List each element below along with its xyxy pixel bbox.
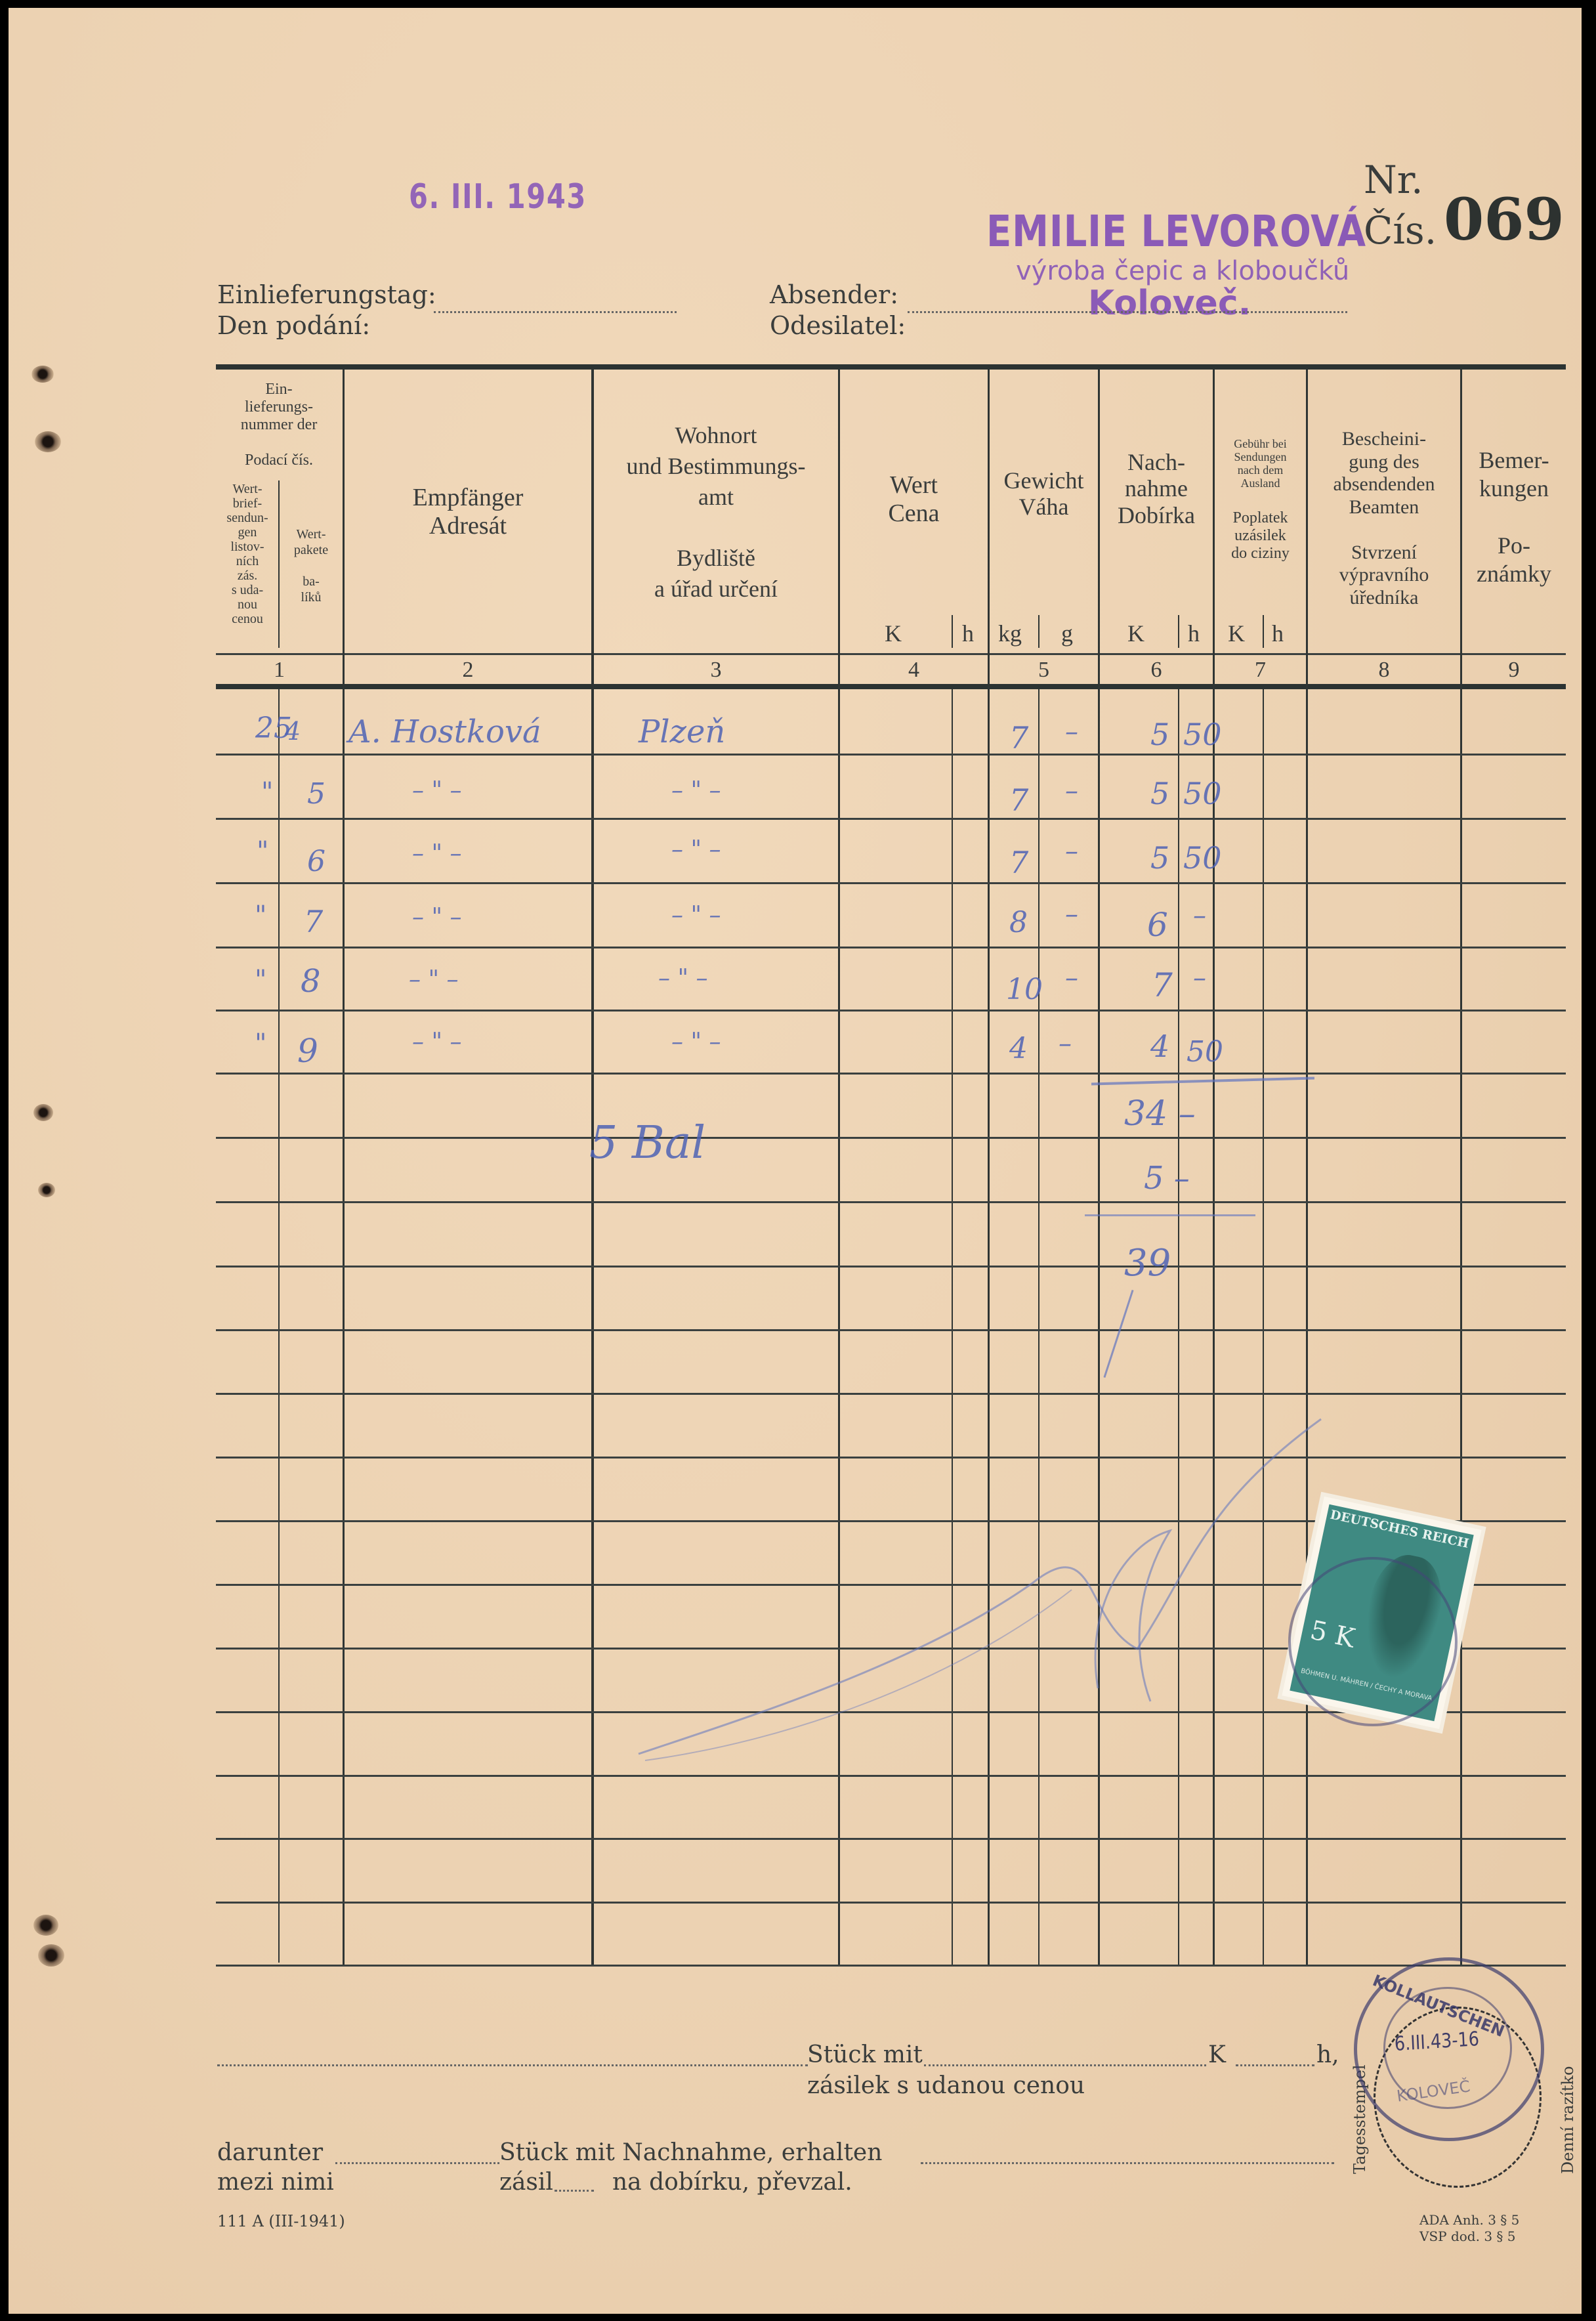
form-code: 111 A (III-1941) <box>217 2212 345 2230</box>
date-stamp: 6. III. 1943 <box>409 177 587 217</box>
sender-field[interactable] <box>908 311 1347 313</box>
row-3-num-prefix: " <box>257 836 268 866</box>
punch-hole <box>33 1104 53 1121</box>
col-num-2: 2 <box>345 658 591 683</box>
footer-line1-de: Stück mit <box>807 2041 923 2068</box>
footer-line2-cz-a: zásil <box>499 2169 553 2196</box>
col1-sub-left: Wert- brief- sendun- gen listov- ních zá… <box>217 482 278 626</box>
col5-header: Gewicht Váha <box>990 467 1098 521</box>
row-4-recipient: – " – <box>412 904 461 931</box>
cod-count-field[interactable] <box>335 2162 499 2164</box>
table-row-line <box>216 1965 1566 1967</box>
sender-stamp-business: výroba čepic a kloboučků <box>1016 256 1349 286</box>
col7-unit-k: K <box>1228 620 1245 647</box>
signature-scribble <box>625 1373 1347 1780</box>
col8-header: Bescheini- gung des absendenden Beamten … <box>1308 428 1460 609</box>
footer-line1-cz: zásilek s udanou cenou <box>807 2072 1085 2099</box>
row-3-cod-k: 5 <box>1150 840 1169 876</box>
col5-unit-kg: kg <box>998 620 1022 647</box>
col2-header: Empfänger Adresát <box>345 484 591 540</box>
header-bottom-rule <box>216 684 1566 689</box>
row-6-recipient: – " – <box>412 1029 461 1055</box>
footer-h: h, <box>1316 2041 1339 2068</box>
col-num-7: 7 <box>1215 658 1306 683</box>
sum-underline <box>1091 1077 1314 1086</box>
row-6-num: 9 <box>297 1032 318 1070</box>
unit-divider <box>1263 615 1264 648</box>
colnum-rule <box>216 653 1566 655</box>
cod-total: 34 – <box>1124 1094 1196 1134</box>
cod-ending-field[interactable] <box>555 2190 594 2192</box>
value-amount-field[interactable] <box>924 2064 1206 2066</box>
item-count-field[interactable] <box>217 2064 808 2066</box>
col6-unit-h: h <box>1188 620 1200 647</box>
table-row-line <box>216 754 1566 756</box>
col1-sub-right: Wert- pakete ba- líků <box>280 526 342 605</box>
col-divider <box>343 370 345 1965</box>
fee-amount: 5 – <box>1144 1160 1190 1197</box>
col-divider <box>1460 370 1462 1965</box>
regulation-cz: VSP dod. 3 § 5 <box>1419 2228 1515 2244</box>
sender-stamp-town: Koloveč. <box>1088 284 1251 323</box>
received-by-field[interactable] <box>921 2162 1334 2164</box>
table-row-line <box>216 818 1566 820</box>
punch-hole <box>35 431 61 452</box>
punch-hole <box>31 366 54 383</box>
submission-day-label-cz: Den podání: <box>217 311 370 340</box>
col-num-4: 4 <box>840 658 988 683</box>
sum-underline-2 <box>1085 1214 1255 1216</box>
form-number: 069 <box>1444 185 1564 253</box>
col6-header: Nach- nahme Dobírka <box>1100 449 1213 528</box>
row-5-weight-kg: 10 <box>1006 973 1043 1006</box>
row-2-weight-g: – <box>1065 776 1078 806</box>
table-row-line <box>216 882 1566 884</box>
row-1-destination: Plzeň <box>639 713 725 750</box>
row-5-destination: – " – <box>658 965 707 992</box>
table-row-line <box>216 1201 1566 1203</box>
cis-label: Čís. <box>1364 208 1437 253</box>
col-num-8: 8 <box>1308 658 1460 683</box>
footer-line2-cz-b: na dobírku, převzal. <box>612 2169 852 2196</box>
row-3-cod-h: 50 <box>1183 840 1222 876</box>
footer-line2-de: Stück mit Nachnahme, erhalten <box>499 2139 882 2166</box>
row-2-destination: – " – <box>671 777 721 804</box>
row-5-weight-g: – <box>1065 963 1078 993</box>
row-4-cod-k: 6 <box>1147 906 1168 944</box>
row-1-cod-h: 50 <box>1183 717 1222 752</box>
sum-total: 39 <box>1124 1242 1171 1285</box>
row-2-cod-k: 5 <box>1150 776 1169 811</box>
row-4-destination: – " – <box>671 902 721 929</box>
col7-header-cz: Poplatek uzásilek do ciziny <box>1215 509 1306 563</box>
sender-label-cz: Odesilatel: <box>770 311 906 340</box>
row-6-num-prefix: " <box>255 1029 266 1059</box>
footer-k: K <box>1208 2041 1226 2068</box>
punch-hole <box>38 1944 64 1967</box>
col4-header: Wert Cena <box>840 471 988 527</box>
row-6-destination: – " – <box>671 1029 721 1055</box>
table-row-line <box>216 1137 1566 1139</box>
row-5-recipient: – " – <box>409 966 458 993</box>
unit-divider <box>1038 615 1039 648</box>
col7-unit-h: h <box>1272 620 1284 647</box>
row-1-recipient: A. Hostková <box>348 713 541 750</box>
row-1-weight-g: – <box>1065 717 1078 747</box>
col6-unit-k: K <box>1127 620 1144 647</box>
col5-unit-g: g <box>1061 620 1073 647</box>
row-6-cod-k: 4 <box>1150 1029 1169 1064</box>
table-row-line <box>216 1902 1566 1904</box>
table-row-line <box>216 947 1566 948</box>
value-h-field[interactable] <box>1236 2064 1314 2066</box>
regulation-de: ADA Anh. 3 § 5 <box>1419 2212 1519 2228</box>
col7-header-de: Gebühr bei Sendungen nach dem Ausland <box>1215 437 1306 490</box>
table-row-line <box>216 1010 1566 1011</box>
row-2-num: 5 <box>307 777 325 811</box>
table-row-line <box>216 1266 1566 1267</box>
row-3-recipient: – " – <box>412 840 461 867</box>
row-2-recipient: – " – <box>412 777 461 804</box>
nr-label: Nr. <box>1364 158 1423 202</box>
table-top-rule <box>216 364 1566 370</box>
row-5-num: 8 <box>301 963 321 1000</box>
row-1-cod-k: 5 <box>1150 717 1169 752</box>
row-4-weight-g: – <box>1065 899 1078 929</box>
row-4-num-prefix: " <box>255 901 266 931</box>
col4-unit-k: K <box>885 620 902 647</box>
col-num-5: 5 <box>990 658 1098 683</box>
day-stamp-label-cz: Denní razítko <box>1559 2066 1577 2174</box>
footer-line2-label-cz: mezi nimi <box>217 2169 334 2196</box>
row-3-destination: – " – <box>671 836 721 863</box>
col1-sub-divider <box>278 689 280 1963</box>
row-6-weight-g: – <box>1059 1029 1072 1059</box>
table-row-line <box>216 1073 1566 1075</box>
postal-form-sheet: Nr. Čís. 069 6. III. 1943 EMILIE LEVOROV… <box>9 8 1582 2314</box>
sender-label-de: Absender: <box>770 280 898 309</box>
row-2-weight-kg: 7 <box>1009 782 1028 818</box>
col-num-6: 6 <box>1100 658 1213 683</box>
row-3-num: 6 <box>307 845 325 878</box>
unit-divider <box>1178 615 1179 648</box>
row-4-weight-kg: 8 <box>1009 906 1028 939</box>
col3-header: Wohnort und Bestimmungs- amt Bydliště a … <box>594 420 838 605</box>
col-num-1: 1 <box>216 658 343 683</box>
row-5-cod-k: 7 <box>1152 966 1173 1004</box>
col1-header: Ein- lieferungs- nummer der Podací čís. <box>216 381 342 469</box>
col-num-3: 3 <box>594 658 838 683</box>
row-1-weight-kg: 7 <box>1009 720 1028 756</box>
row-1-num: 4 <box>285 717 301 746</box>
col1-sub-divider <box>278 480 280 648</box>
punch-hole <box>33 1915 58 1936</box>
row-5-num-prefix: " <box>255 965 266 995</box>
row-6-weight-kg: 4 <box>1009 1032 1028 1065</box>
row-3-weight-g: – <box>1065 836 1078 866</box>
sender-stamp-name: EMILIE LEVOROVÁ <box>986 206 1366 257</box>
table-row-line <box>216 1329 1566 1331</box>
row-2-num-prefix: " <box>261 777 273 807</box>
row-3-weight-kg: 7 <box>1009 845 1028 880</box>
pen-stroke <box>1103 1290 1133 1378</box>
row-2-cod-h: 50 <box>1183 776 1222 811</box>
row-5-cod-h: – <box>1193 963 1206 993</box>
stamp-cancel-postmark <box>1288 1557 1458 1726</box>
footer-line2-label-de: darunter <box>217 2139 323 2166</box>
unit-divider <box>952 615 953 648</box>
row-4-num: 7 <box>304 904 323 939</box>
col9-header: Bemer- kungen Po- známky <box>1462 446 1566 588</box>
submission-day-field[interactable] <box>434 311 677 313</box>
submission-day-label-de: Einlieferungstag: <box>217 280 436 309</box>
punch-hole <box>38 1183 55 1197</box>
row-6-cod-h: 50 <box>1186 1035 1223 1069</box>
row-4-cod-h: – <box>1193 901 1206 931</box>
table-row-line <box>216 1838 1566 1840</box>
col4-unit-h: h <box>962 620 974 647</box>
col-num-9: 9 <box>1462 658 1566 683</box>
parcel-count: 5 Bal <box>589 1117 705 1169</box>
